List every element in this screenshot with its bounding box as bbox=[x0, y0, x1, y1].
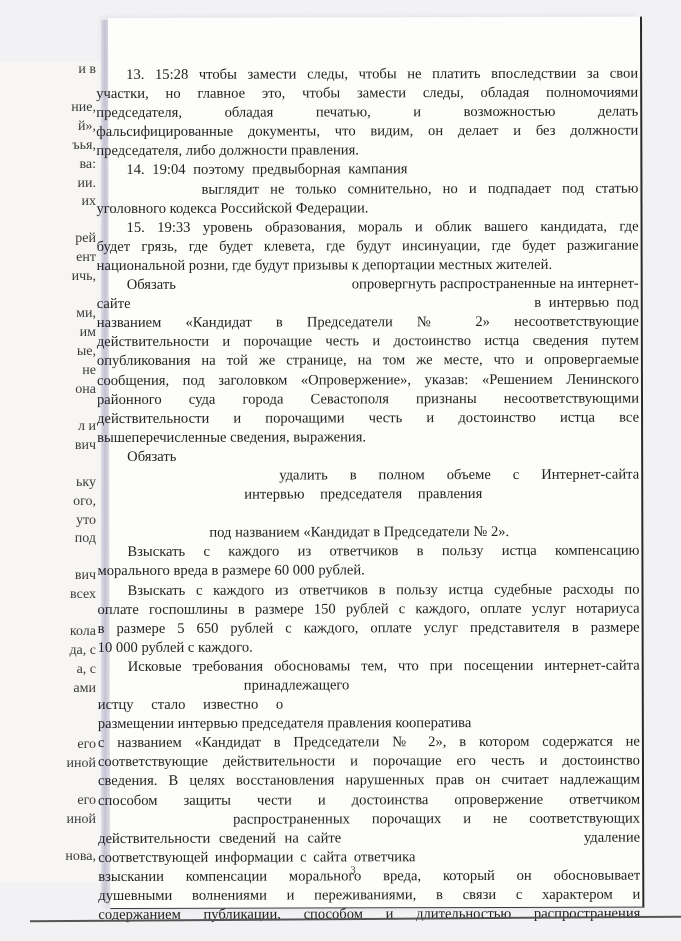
page-number: 3 bbox=[350, 864, 356, 876]
previous-page-text-fragment: не bbox=[82, 361, 96, 380]
paragraph-13-line: председателя, либо должности правления. bbox=[96, 141, 638, 162]
previous-page-text-fragment: а, с bbox=[77, 660, 96, 679]
paragraph-15-line: будет грязь, где будет клевета, где буду… bbox=[97, 236, 639, 257]
previous-page-text-fragment: кола bbox=[70, 622, 96, 641]
paragraph-15-line: 15. 19:33 уровень образования, мораль и … bbox=[97, 217, 639, 238]
claims-line: с названием «Кандидат в Председатели № 2… bbox=[98, 733, 640, 754]
paragraph-14-line: 14. 19:04 поэтому предвыборная кампания bbox=[96, 160, 638, 181]
previous-page-text-fragment: его bbox=[77, 735, 96, 754]
previous-page-text-fragment: ьку bbox=[76, 473, 96, 492]
previous-page-text-fragment: рей bbox=[75, 229, 96, 248]
claims-line: соответствующей информации с сайта ответ… bbox=[98, 847, 640, 868]
claims-line: содержанием публикации, способом и длите… bbox=[98, 905, 640, 926]
recover-damages-line: Взыскать с каждого из ответчиков в польз… bbox=[97, 542, 639, 563]
oblige-label: Обязать bbox=[97, 276, 176, 295]
previous-page-text-fragment: нова, bbox=[65, 847, 96, 866]
claims-line: размещении интервью председателя правлен… bbox=[98, 714, 640, 735]
oblige-refute-line: вышеперечисленные сведения, выражения. bbox=[97, 427, 639, 448]
previous-page-text-fragment: ого, bbox=[73, 492, 96, 511]
recover-costs-line: 10 000 рублей с каждого. bbox=[98, 637, 640, 658]
previous-page-edge: и вние,й»,ъья,ва:ии.ихрейентичь,ми,имые,… bbox=[0, 62, 108, 882]
previous-page-text-fragment: уто bbox=[76, 511, 96, 530]
oblige-delete-line: под названием «Кандидат в Председатели №… bbox=[97, 523, 639, 544]
claims-line: душевными волнениями и переживаниями, в … bbox=[98, 886, 640, 907]
paragraph-13-line: председателя, обладая печатью, и возможн… bbox=[96, 103, 638, 124]
previous-page-text-fragment: ние, bbox=[71, 98, 96, 117]
claims-site-text: действительности сведений на сайте bbox=[98, 829, 341, 849]
paragraph-15-line: национальной розни, где будут призывы к … bbox=[97, 256, 639, 277]
recover-damages-line: морального вреда в размере 60 000 рублей… bbox=[97, 561, 639, 582]
oblige-refute-line: районного суда города Севастополя призна… bbox=[97, 389, 639, 410]
previous-page-text-fragment: под bbox=[75, 529, 96, 548]
oblige-refute-line: сообщения, под заголовком «Опровержение»… bbox=[97, 370, 639, 391]
claims-removal-text: удаление bbox=[584, 828, 640, 847]
previous-page-text-fragment: ент bbox=[76, 248, 96, 267]
claims-line: взыскании компенсации морального вреда, … bbox=[98, 867, 640, 888]
recover-costs-line: Взыскать с каждого из ответчиков в польз… bbox=[97, 580, 639, 601]
interview-word: в интервью под bbox=[534, 294, 639, 313]
recover-costs-line: в размере 5 650 рублей с каждого, оплате… bbox=[98, 618, 640, 639]
previous-page-text-fragment: ми, bbox=[76, 304, 96, 323]
previous-page-text-fragment: й», bbox=[78, 117, 96, 136]
previous-page-text-fragment: им bbox=[80, 323, 96, 342]
oblige-delete-line: Обязать bbox=[97, 446, 639, 467]
recover-costs-line: оплате госпошлины в размере 150 рублей с… bbox=[98, 599, 640, 620]
previous-page-text-fragment: она bbox=[75, 380, 96, 399]
previous-page-text-fragment: его bbox=[77, 791, 96, 810]
claims-line: принадлежащего bbox=[98, 676, 640, 697]
oblige-refute-line: Обязать опровергнуть распространенные на… bbox=[97, 275, 639, 296]
previous-page-text-fragment: вич bbox=[75, 566, 96, 585]
oblige-delete-line: интервью председателя правления bbox=[97, 485, 639, 506]
paragraph-13-line: участки, но главное это, чтобы замести с… bbox=[96, 84, 638, 105]
oblige-refute-line: опубликования на той же странице, на том… bbox=[97, 351, 639, 372]
previous-page-text-fragment: иной bbox=[67, 810, 96, 829]
document-page: 13. 15:28 чтобы замести следы, чтобы не … bbox=[108, 17, 644, 909]
document-body: 13. 15:28 чтобы замести следы, чтобы не … bbox=[96, 65, 640, 926]
oblige-refute-text: опровергнуть распространенные на интерне… bbox=[322, 275, 639, 295]
claims-line: истцу стало известно о bbox=[98, 695, 640, 716]
previous-page-text-fragment: вич bbox=[75, 436, 96, 455]
paragraph-13-line: 13. 15:28 чтобы замести следы, чтобы не … bbox=[96, 65, 638, 86]
oblige-refute-line: действительности и порочащие честь и дос… bbox=[97, 332, 639, 353]
previous-page-text-fragment: ые, bbox=[77, 342, 96, 361]
site-word: сайте bbox=[97, 295, 131, 314]
oblige-refute-line: сайте в интервью под bbox=[97, 294, 639, 315]
claims-line: действительности сведений на сайте удале… bbox=[98, 828, 640, 849]
claims-line: сведения. В целях восстановления нарушен… bbox=[98, 771, 640, 792]
paragraph-14-line: уголовного кодекса Российской Федерации. bbox=[96, 198, 638, 219]
previous-page-text-fragment: иной bbox=[67, 754, 96, 773]
previous-page-text-fragment: ии. bbox=[78, 174, 96, 193]
previous-page-text-fragment: их bbox=[82, 192, 97, 211]
redacted-blank-line bbox=[97, 504, 639, 525]
previous-page-text-fragment: и в bbox=[78, 60, 96, 79]
paragraph-14-line: выглядит не только сомнительно, но и под… bbox=[96, 179, 638, 200]
claims-line: Исковые требования обосновамы тем, что п… bbox=[98, 657, 640, 678]
previous-page-text-fragment: да, с bbox=[69, 641, 96, 660]
previous-page-text-fragment: всех bbox=[70, 585, 96, 604]
claims-line: способом защиты чести и достоинства опро… bbox=[98, 790, 640, 811]
paragraph-13-line: фальсифицированные документы, что видим,… bbox=[96, 122, 638, 143]
previous-page-text-fragment: ва: bbox=[79, 155, 96, 174]
previous-page-text-fragment: л и bbox=[78, 417, 96, 436]
oblige-delete-line: удалить в полном объеме с Интернет-сайта bbox=[97, 466, 639, 487]
oblige-refute-line: названием «Кандидат в Председатели № 2» … bbox=[97, 313, 639, 334]
previous-page-text-fragment: ъья, bbox=[72, 136, 96, 155]
previous-page-text-fragment: ами bbox=[73, 679, 96, 698]
claims-line: соответствующие действительности и пороч… bbox=[98, 752, 640, 773]
previous-page-text-fragment: ичь, bbox=[72, 267, 96, 286]
oblige-refute-line: действительности и порочащими честь и до… bbox=[97, 408, 639, 429]
claims-line: распространенных порочащих и не соответс… bbox=[98, 809, 640, 830]
